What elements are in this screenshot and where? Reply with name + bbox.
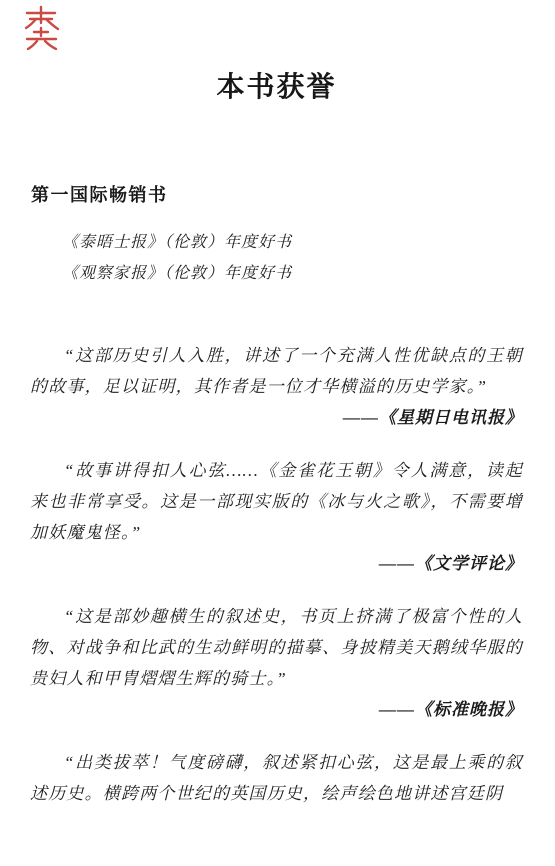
review-quote: “这是部妙趣横生的叙述史，书页上挤满了极富个性的人物、对战争和比武的生动鲜明的描…	[30, 601, 523, 725]
review-quote-truncated: “出类拔萃！气度磅礴，叙述紧扣心弦，这是最上乘的叙述历史。横跨两个世纪的英国历史…	[30, 747, 523, 809]
quote-text: “出类拔萃！气度磅礴，叙述紧扣心弦，这是最上乘的叙述历史。横跨两个世纪的英国历史…	[30, 747, 523, 809]
award-item: 《观察家报》（伦敦）年度好书	[30, 258, 523, 289]
review-quote: “故事讲得扣人心弦……《金雀花王朝》令人满意，读起来也非常享受。这是一部现实版的…	[30, 455, 523, 579]
quote-source: ——《星期日电讯报》	[30, 402, 523, 433]
red-scribble-icon	[22, 4, 64, 50]
quote-text: “这是部妙趣横生的叙述史，书页上挤满了极富个性的人物、对战争和比武的生动鲜明的描…	[30, 601, 523, 694]
award-item: 《泰晤士报》（伦敦）年度好书	[30, 227, 523, 258]
award-list: 《泰晤士报》（伦敦）年度好书 《观察家报》（伦敦）年度好书	[30, 227, 523, 289]
book-page: 本书获誉 第一国际畅销书 《泰晤士报》（伦敦）年度好书 《观察家报》（伦敦）年度…	[0, 0, 555, 866]
section-heading: 第一国际畅销书	[31, 184, 523, 206]
red-annotation-marks	[22, 4, 64, 50]
review-quote: “这部历史引人入胜，讲述了一个充满人性优缺点的王朝的故事，足以证明，其作者是一位…	[30, 340, 523, 433]
quote-source: ——《文学评论》	[30, 548, 523, 579]
quote-text: “这部历史引人入胜，讲述了一个充满人性优缺点的王朝的故事，足以证明，其作者是一位…	[30, 340, 523, 402]
quote-text: “故事讲得扣人心弦……《金雀花王朝》令人满意，读起来也非常享受。这是一部现实版的…	[30, 455, 523, 548]
page-title: 本书获誉	[30, 0, 523, 104]
quote-source: ——《标准晚报》	[30, 694, 523, 725]
